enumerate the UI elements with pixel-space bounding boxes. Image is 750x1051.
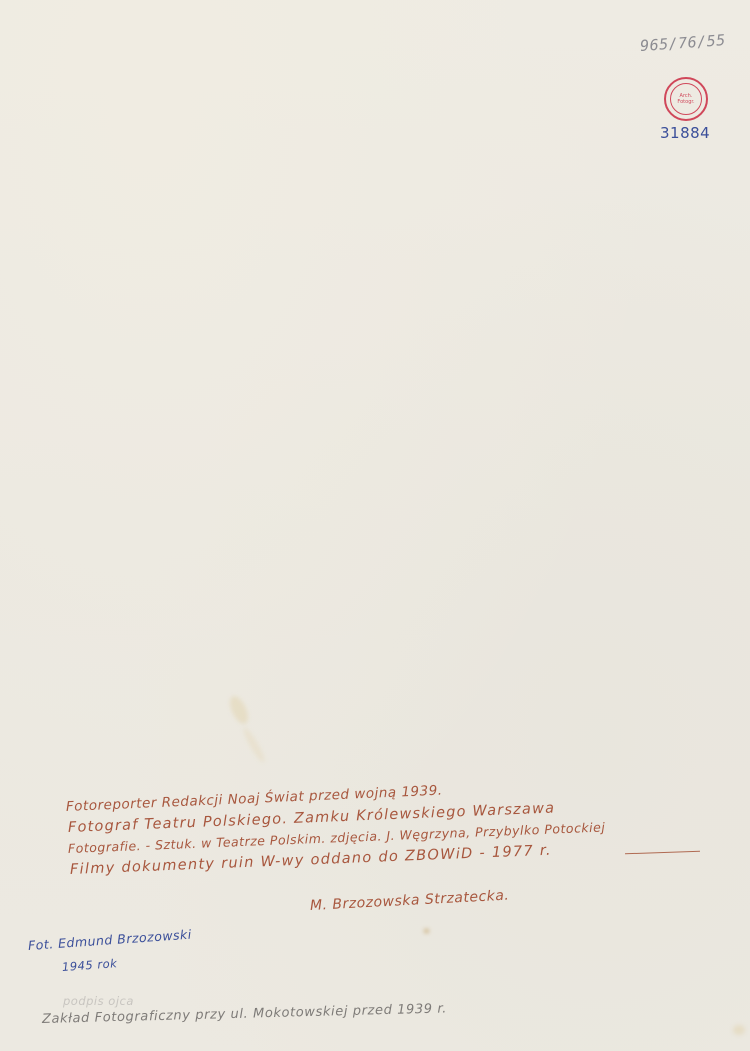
archival-sheet: 965/76/55 Arch. Fotogr. 31884 Fotoreport… [0, 0, 750, 1051]
paper-stain [733, 1025, 745, 1035]
paper-stain [226, 693, 251, 726]
stamp-text-line1: Arch. [677, 93, 694, 99]
pencil-inventory-number: 965/76/55 [639, 31, 726, 55]
faint-pencil-label: podpis ojca [63, 994, 134, 1008]
inscription-signature: M. Brzozowska Strzatecka. [310, 888, 510, 914]
stamp-text-line2: Fotogr. [677, 99, 694, 105]
blue-inventory-number: 31884 [660, 124, 710, 142]
museum-stamp: Arch. Fotogr. [664, 77, 708, 121]
photographer-year: 1945 rok [62, 956, 118, 974]
photographer-signature: Fot. Edmund Brzozowski [27, 927, 192, 953]
paper-stain [241, 726, 268, 765]
paper-stain [424, 929, 429, 933]
underline-stroke [625, 851, 700, 855]
